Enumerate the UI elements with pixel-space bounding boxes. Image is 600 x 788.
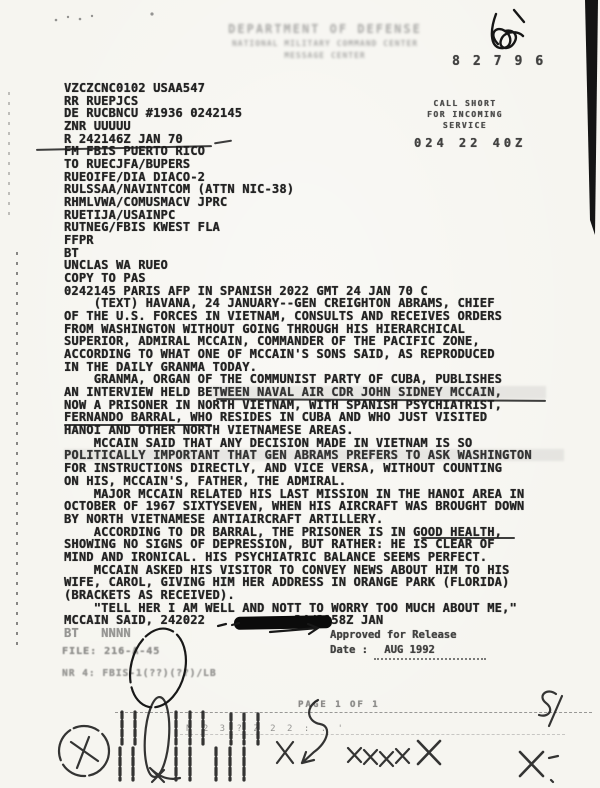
pen-underline: [64, 424, 212, 426]
pen-underline: [421, 537, 515, 539]
faint-typed-scrawl: N 2 3 ? Z 2 2 : . ': [186, 724, 346, 734]
scan-noise-left-margin: [16, 252, 18, 648]
smudged-text-patch: [64, 449, 564, 461]
scanned-telegram-page: DEPARTMENT OF DEFENSE NATIONAL MILITARY …: [0, 0, 600, 788]
scan-noise-dots: [40, 8, 180, 28]
release-stamp: Approved for Release Date : AUG 1992: [330, 628, 486, 660]
bottom-pen-scribbles: N 2 3 ? Z 2 2 : . ': [0, 688, 600, 788]
release-stamp-date-value: AUG 1992: [374, 643, 486, 660]
scan-noise-left-margin: [8, 92, 10, 222]
scan-artifact-right-edge: [0, 0, 600, 260]
smudged-text-patch: [210, 386, 546, 399]
release-stamp-line1: Approved for Release: [330, 628, 486, 642]
